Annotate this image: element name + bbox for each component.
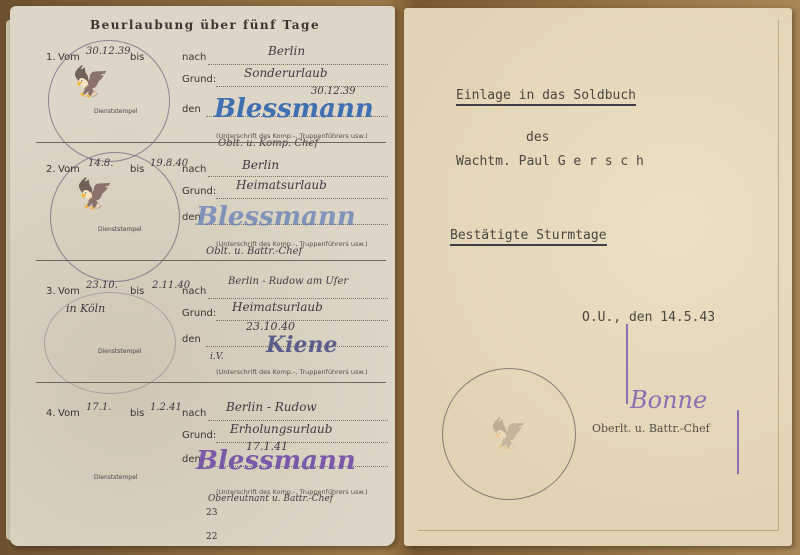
reason-label: Grund:	[182, 430, 216, 441]
official-stamp	[50, 152, 180, 282]
reason-label: Grund:	[182, 186, 216, 197]
page-number: 23	[206, 508, 217, 518]
signature-blue: Blessmann	[214, 94, 374, 124]
holder-name: Wachtm. Paul G e r s c h	[456, 154, 644, 169]
dotted-line	[216, 86, 388, 87]
dotted-line	[208, 176, 388, 177]
destination-value: Berlin - Rudow	[226, 400, 317, 414]
ink-stroke	[626, 324, 628, 404]
entry-number: 2.	[46, 164, 56, 175]
entry-divider	[36, 382, 386, 383]
insert-title: Einlage in das Soldbuch	[456, 88, 636, 106]
destination-value: Berlin	[242, 158, 279, 172]
dotted-line	[216, 442, 388, 443]
destination-value: Berlin	[268, 44, 305, 58]
dotted-line	[216, 320, 388, 321]
entry-divider	[36, 260, 386, 261]
destination-label: nach	[182, 408, 206, 419]
official-stamp-faded	[44, 292, 176, 394]
entry-number: 3.	[46, 286, 56, 297]
destination-value: Berlin - Rudow am Ufer	[228, 276, 348, 287]
signature-ink: Kiene	[266, 332, 337, 358]
destination-label: nach	[182, 286, 206, 297]
entry-number: 1.	[46, 52, 56, 63]
reason-value: Sonderurlaub	[244, 66, 328, 80]
reason-value: Heimatsurlaub	[236, 178, 327, 192]
to-label: bis	[130, 408, 144, 419]
dotted-line	[208, 420, 388, 421]
destination-label: nach	[182, 164, 206, 175]
left-page-leave-record: Beurlaubung über fünf Tage 1. Vom 30.12.…	[10, 6, 395, 546]
dotted-line	[208, 64, 388, 65]
official-stamp	[48, 40, 170, 162]
eagle-emblem-icon: 🦅	[490, 420, 527, 450]
entry-divider	[36, 142, 386, 143]
ink-stroke	[737, 410, 739, 474]
to-value: 1.2.41	[150, 402, 182, 413]
from-label: Vom	[58, 286, 80, 297]
stamp-label: Dienststempel	[98, 348, 141, 355]
signer-title: Oberlt. u. Battr.-Chef	[592, 422, 710, 435]
leave-entry-2: 2. Vom 14.8. bis 19.8.40 nach Berlin Gru…	[46, 156, 396, 266]
insert-des: des	[526, 130, 549, 145]
leave-entry-3: 3. Vom 23.10. bis 2.11.40 in Köln nach B…	[46, 272, 396, 382]
commander-signature: Bonne	[630, 386, 707, 414]
dotted-line	[208, 298, 388, 299]
place-date: O.U., den 14.5.43	[582, 310, 715, 325]
stamp-label: Dienststempel	[98, 226, 141, 233]
entry-number: 4.	[46, 408, 56, 419]
signer-title: i.V.	[210, 352, 224, 362]
stamp-label: Dienststempel	[94, 474, 137, 481]
date-label: den	[182, 334, 201, 345]
leave-entry-4: 4. Vom 17.1. bis 1.2.41 nach Berlin - Ru…	[46, 394, 396, 504]
reason-label: Grund:	[182, 308, 216, 319]
leave-entry-1: 1. Vom 30.12.39 bis nach Berlin Grund: S…	[46, 44, 396, 154]
page-number: 22	[206, 532, 217, 542]
signature-violet: Blessmann	[196, 446, 356, 476]
destination-label: nach	[182, 52, 206, 63]
eagle-emblem-icon: 🦅	[72, 68, 109, 98]
from-value: 23.10.	[86, 280, 118, 291]
stamp-label: Dienststempel	[94, 108, 137, 115]
insert-subtitle: Bestätigte Sturmtage	[450, 228, 607, 246]
reason-value: Heimatsurlaub	[232, 300, 323, 314]
signer-title: Oberleutnant u. Battr.-Chef	[208, 494, 333, 504]
dotted-line	[216, 198, 388, 199]
leave-section-header: Beurlaubung über fünf Tage	[90, 18, 320, 32]
signature-caption: (Unterschrift des Komp.-, Truppenführers…	[216, 368, 368, 376]
signer-title: Oblt. u. Battr.-Chef	[206, 246, 302, 257]
reason-value: Erholungsurlaub	[230, 422, 332, 436]
reason-label: Grund:	[182, 74, 216, 85]
from-value: 17.1.	[86, 402, 111, 413]
signature-blue-faded: Blessmann	[196, 202, 356, 232]
signer-title: Oblt. u. Komp. Chef	[218, 138, 318, 149]
date-label: den	[182, 104, 201, 115]
eagle-emblem-icon: 🦅	[76, 180, 113, 210]
from-label: Vom	[58, 408, 80, 419]
